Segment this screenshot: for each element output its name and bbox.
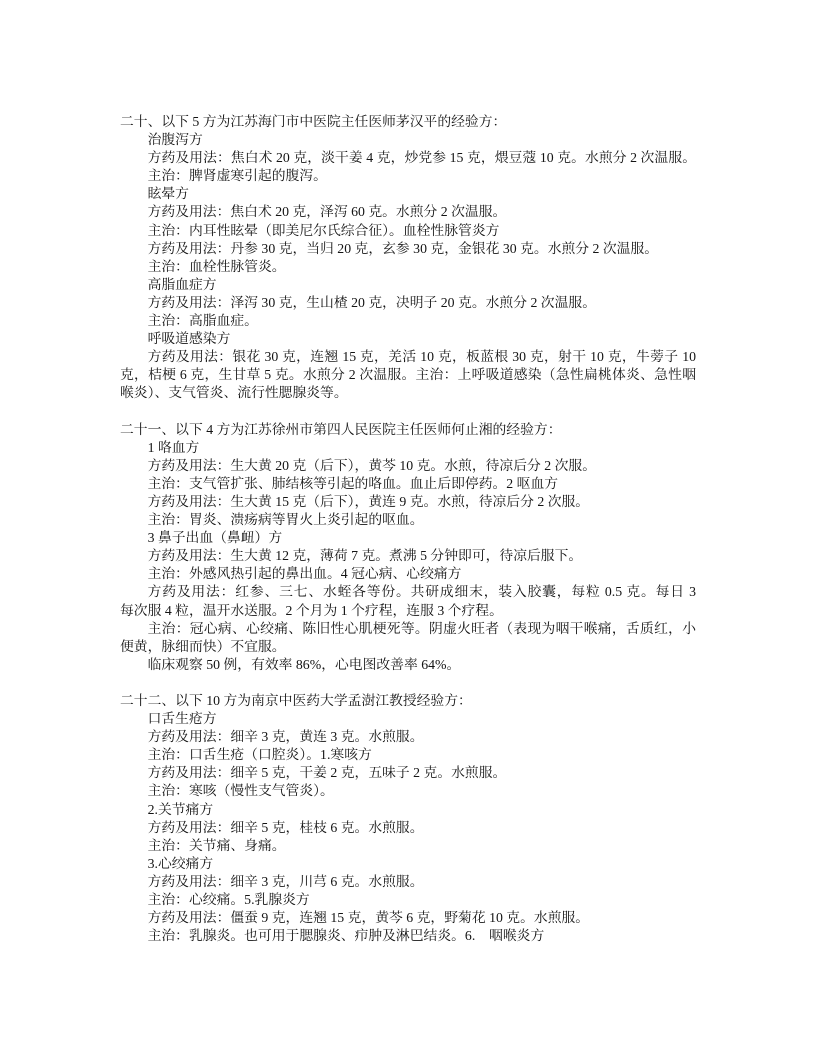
text-line: 口舌生疮方: [120, 710, 696, 728]
text-line: 主治：高脂血症。: [120, 312, 696, 330]
text-line: 主治：冠心病、心绞痛、陈旧性心肌梗死等。阴虚火旺者（表现为咽干喉痛，舌质红，小: [120, 620, 696, 638]
text-line: 克，桔梗 6 克，生甘草 5 克。水煎分 2 次温服。主治：上呼吸道感染（急性扁…: [120, 366, 696, 384]
text-line: 二十二、以下 10 方为南京中医药大学孟澍江教授经验方：: [120, 692, 696, 710]
text-line: 1 咯血方: [120, 439, 696, 457]
text-line: 高脂血症方: [120, 276, 696, 294]
text-line: 主治：寒咳（慢性支气管炎）。: [120, 782, 696, 800]
text-line: 3.心绞痛方: [120, 855, 696, 873]
text-line: 眩晕方: [120, 185, 696, 203]
section-20: 二十、以下 5 方为江苏海门市中医院主任医师茅汉平的经验方：治腹泻方方药及用法：…: [120, 113, 696, 403]
section-22: 二十二、以下 10 方为南京中医药大学孟澍江教授经验方：口舌生疮方方药及用法：细…: [120, 692, 696, 945]
text-line: 方药及用法：生大黄 12 克，薄荷 7 克。煮沸 5 分钟即可，待凉后服下。: [120, 547, 696, 565]
text-line: 每次服 4 粒，温开水送服。2 个月为 1 个疗程，连服 3 个疗程。: [120, 602, 696, 620]
text-line: 方药及用法：生大黄 20 克（后下），黄芩 10 克。水煎，待凉后分 2 次服。: [120, 457, 696, 475]
text-line: 3 鼻子出血（鼻衄）方: [120, 529, 696, 547]
text-line: 呼吸道感染方: [120, 330, 696, 348]
text-line: 主治：外感风热引起的鼻出血。4 冠心病、心绞痛方: [120, 565, 696, 583]
text-line: 方药及用法：银花 30 克，连翘 15 克，羌活 10 克，板蓝根 30 克，射…: [120, 348, 696, 366]
text-line: 主治：关节痛、身痛。: [120, 837, 696, 855]
text-line: 二十、以下 5 方为江苏海门市中医院主任医师茅汉平的经验方：: [120, 113, 696, 131]
text-line: 主治：口舌生疮（口腔炎）。1.寒咳方: [120, 746, 696, 764]
text-line: 方药及用法：焦白术 20 克，淡干姜 4 克，炒党参 15 克，煨豆蔻 10 克…: [120, 149, 696, 167]
text-line: 主治：内耳性眩晕（即美尼尔氏综合征）。血栓性脉管炎方: [120, 222, 696, 240]
text-line: 治腹泻方: [120, 131, 696, 149]
text-line: 主治：支气管扩张、肺结核等引起的咯血。血止后即停药。2 呕血方: [120, 475, 696, 493]
text-line: 方药及用法：生大黄 15 克（后下），黄连 9 克。水煎，待凉后分 2 次服。: [120, 493, 696, 511]
text-line: 便黄，脉细而快）不宜服。: [120, 638, 696, 656]
text-line: 方药及用法：红参、三七、水蛭各等份。共研成细末，装入胶囊，每粒 0.5 克。每日…: [120, 583, 696, 601]
text-line: 方药及用法：细辛 5 克，干姜 2 克，五味子 2 克。水煎服。: [120, 764, 696, 782]
text-line: 主治：乳腺炎。也可用于腮腺炎、疖肿及淋巴结炎。6. 咽喉炎方: [120, 927, 696, 945]
text-line: 主治：血栓性脉管炎。: [120, 258, 696, 276]
text-line: 方药及用法：僵蚕 9 克，连翘 15 克，黄芩 6 克，野菊花 10 克。水煎服…: [120, 909, 696, 927]
text-line: 主治：脾肾虚寒引起的腹泻。: [120, 167, 696, 185]
document-page: 二十、以下 5 方为江苏海门市中医院主任医师茅汉平的经验方：治腹泻方方药及用法：…: [0, 0, 816, 1056]
text-line: 喉炎）、支气管炎、流行性腮腺炎等。: [120, 384, 696, 402]
text-line: 主治：心绞痛。5.乳腺炎方: [120, 891, 696, 909]
text-line: 方药及用法：细辛 3 克，川芎 6 克。水煎服。: [120, 873, 696, 891]
text-line: 方药及用法：焦白术 20 克，泽泻 60 克。水煎分 2 次温服。: [120, 203, 696, 221]
text-line: 方药及用法：细辛 3 克，黄连 3 克。水煎服。: [120, 728, 696, 746]
text-line: 方药及用法：丹参 30 克，当归 20 克，玄参 30 克，金银花 30 克。水…: [120, 240, 696, 258]
text-line: 二十一、以下 4 方为江苏徐州市第四人民医院主任医师何止湘的经验方：: [120, 421, 696, 439]
text-line: 方药及用法：泽泻 30 克，生山楂 20 克，决明子 20 克。水煎分 2 次温…: [120, 294, 696, 312]
document-content: 二十、以下 5 方为江苏海门市中医院主任医师茅汉平的经验方：治腹泻方方药及用法：…: [120, 113, 696, 945]
text-line: 方药及用法：细辛 5 克，桂枝 6 克。水煎服。: [120, 819, 696, 837]
text-line: 临床观察 50 例，有效率 86%，心电图改善率 64%。: [120, 656, 696, 674]
text-line: 主治：胃炎、溃疡病等胃火上炎引起的呕血。: [120, 511, 696, 529]
text-line: 2.关节痛方: [120, 801, 696, 819]
section-21: 二十一、以下 4 方为江苏徐州市第四人民医院主任医师何止湘的经验方：1 咯血方方…: [120, 421, 696, 674]
